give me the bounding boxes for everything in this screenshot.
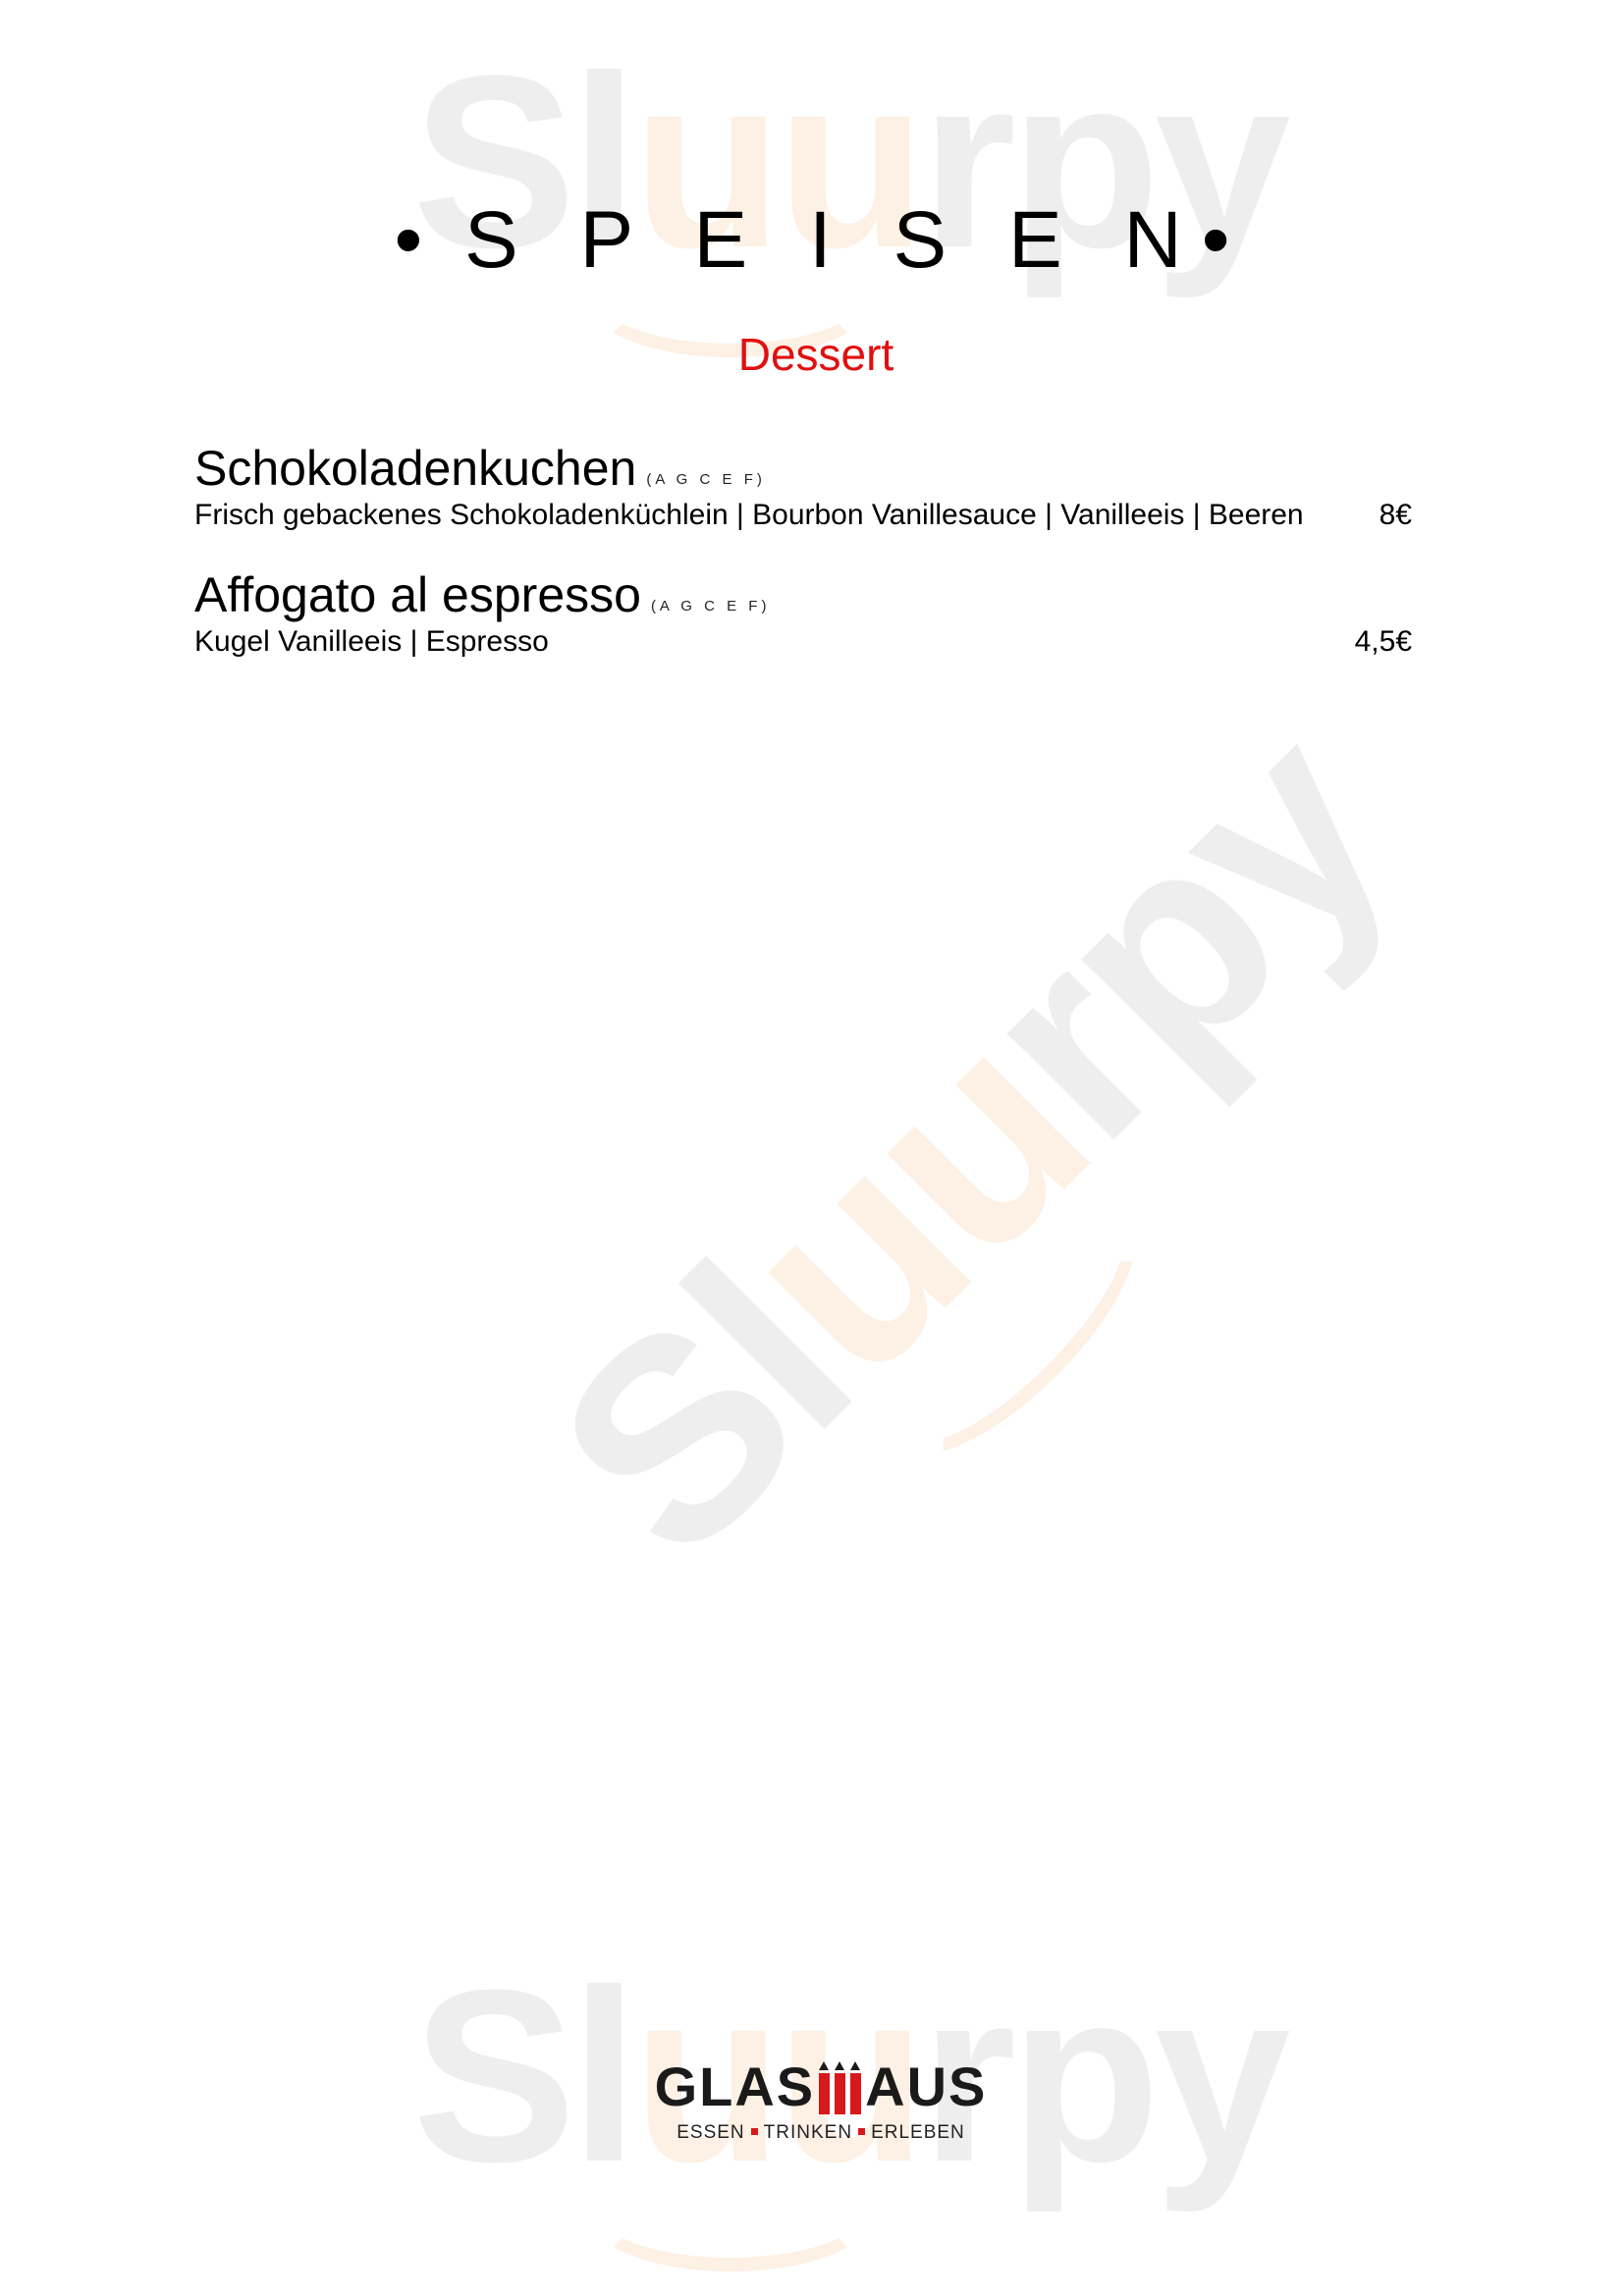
menu-item-description: Frisch gebackenes Schokoladenküchlein | … bbox=[194, 499, 1304, 532]
menu-item: Affogato al espresso(A G C E F) Kugel Va… bbox=[194, 570, 1412, 659]
section-heading: Dessert bbox=[0, 328, 1624, 381]
menu-item-title: Affogato al espresso(A G C E F) bbox=[194, 570, 1412, 619]
square-bullet-icon bbox=[751, 2128, 758, 2135]
watermark-smile-icon bbox=[589, 2160, 872, 2271]
tagline-word: ESSEN bbox=[677, 2122, 744, 2143]
menu-item-price: 4,5€ bbox=[1355, 625, 1412, 659]
logo-h-towers-icon bbox=[819, 2073, 861, 2114]
menu-item-title: Schokoladenkuchen(A G C E F) bbox=[194, 444, 1412, 493]
menu-item-name: Affogato al espresso bbox=[194, 567, 641, 622]
restaurant-logo: GLAS AUS ESSENTRINKENERLEBEN bbox=[654, 2059, 988, 2144]
square-bullet-icon bbox=[858, 2128, 865, 2135]
watermark-text: rpy bbox=[918, 671, 1443, 1197]
menu-item-details: Kugel Vanilleeis | Espresso 4,5€ bbox=[194, 625, 1412, 659]
logo-text-right: AUS bbox=[865, 2059, 987, 2114]
page-title: • S P E I S E N• bbox=[0, 194, 1624, 287]
watermark-text: Sl bbox=[498, 1209, 904, 1616]
watermark-text: Sl bbox=[412, 1939, 632, 2213]
watermark-smile-icon bbox=[857, 1175, 1171, 1489]
menu-item-name: Schokoladenkuchen bbox=[194, 441, 636, 496]
menu-item-price: 8€ bbox=[1380, 499, 1412, 532]
tagline-word: ERLEBEN bbox=[871, 2122, 965, 2143]
menu-item-description: Kugel Vanilleeis | Espresso bbox=[194, 625, 549, 659]
watermark-middle: Sluurpy bbox=[510, 683, 1432, 1605]
title-text: S P E I S E N bbox=[464, 195, 1202, 285]
menu-item-details: Frisch gebackenes Schokoladenküchlein | … bbox=[194, 499, 1412, 532]
allergen-codes: (A G C E F) bbox=[651, 598, 771, 614]
logo-wordmark: GLAS AUS bbox=[654, 2059, 988, 2114]
bullet-icon: • bbox=[1202, 195, 1230, 285]
logo-tagline: ESSENTRINKENERLEBEN bbox=[654, 2122, 988, 2144]
logo-text-left: GLAS bbox=[655, 2059, 816, 2114]
tagline-word: TRINKEN bbox=[764, 2122, 852, 2143]
menu-item: Schokoladenkuchen(A G C E F) Frisch geba… bbox=[194, 444, 1412, 532]
watermark-text: uu bbox=[680, 972, 1143, 1434]
bullet-icon: • bbox=[395, 195, 423, 285]
allergen-codes: (A G C E F) bbox=[646, 471, 766, 488]
